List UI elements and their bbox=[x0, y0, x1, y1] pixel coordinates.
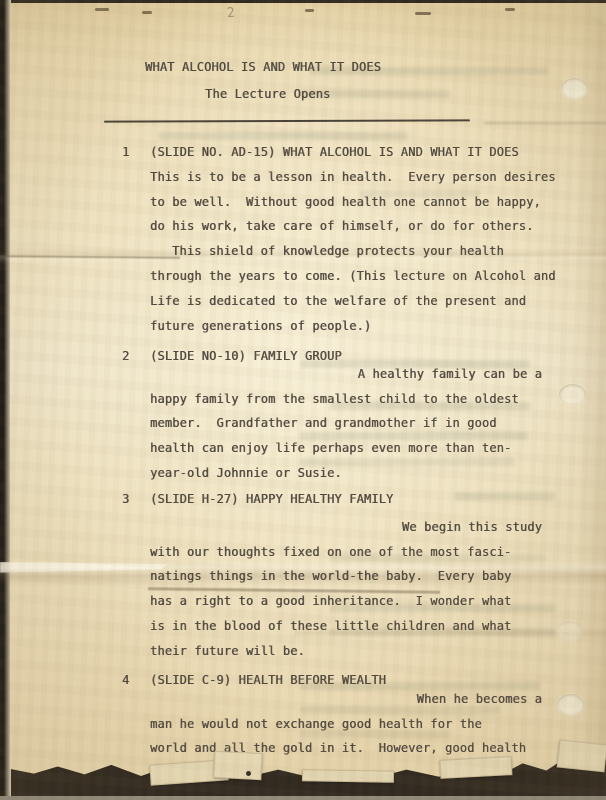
page-number: 2 bbox=[226, 6, 235, 22]
scanner-edge bbox=[0, 0, 11, 800]
scanned-document: 2 WHAT ALCOHOL IS AND WHAT IT DOES The L… bbox=[0, 0, 606, 800]
text-line: health can enjoy life perhaps even more … bbox=[150, 436, 542, 461]
text-line: We begin this study bbox=[150, 515, 542, 540]
text-line: happy family from the smallest child to … bbox=[150, 387, 542, 412]
slide-heading: (SLIDE NO. AD-15) WHAT ALCOHOL IS AND WH… bbox=[150, 140, 542, 165]
text-line: Life is dedicated to the welfare of the … bbox=[150, 289, 542, 314]
slide-heading: (SLIDE H-27) HAPPY HEALTHY FAMILY bbox=[150, 487, 542, 512]
text-line: to be well. Without good health one cann… bbox=[150, 190, 542, 215]
text-line: This shield of knowledge protects your h… bbox=[150, 239, 542, 264]
text-line: A healthy family can be a bbox=[150, 362, 542, 387]
lecture-section-3: 3 (SLIDE H-27) HAPPY HEALTHY FAMILY We b… bbox=[150, 487, 542, 664]
text-line: year-old Johnnie or Susie. bbox=[150, 461, 542, 486]
lecture-section-1: 1 (SLIDE NO. AD-15) WHAT ALCOHOL IS AND … bbox=[150, 140, 542, 338]
scanner-edge-bottom bbox=[0, 796, 606, 800]
lecture-section-2: 2 (SLIDE NO-10) FAMILY GROUP A healthy f… bbox=[150, 344, 542, 486]
section-number: 3 bbox=[122, 487, 129, 512]
text-line: This is to be a lesson in health. Every … bbox=[150, 165, 542, 190]
punch-hole-icon bbox=[561, 78, 588, 99]
text-line: natings things in the world-the baby. Ev… bbox=[150, 564, 542, 589]
section-number: 2 bbox=[122, 344, 129, 369]
text-line: future generations of people.) bbox=[150, 314, 542, 339]
section-number: 1 bbox=[122, 140, 129, 165]
text-line: do his work, take care of himself, or do… bbox=[150, 214, 542, 239]
lecture-section-4: 4 (SLIDE C-9) HEALTH BEFORE WEALTH When … bbox=[150, 668, 542, 761]
text-line: is in the blood of these little children… bbox=[150, 614, 542, 639]
text-line: has a right to a good inheritance. I won… bbox=[150, 589, 542, 614]
punch-hole-icon bbox=[556, 621, 583, 642]
text-line: world and all the gold in it. However, g… bbox=[150, 736, 542, 761]
text-line: member. Grandfather and grandmother if i… bbox=[150, 411, 542, 436]
divider-line-ghost bbox=[484, 122, 606, 124]
text-line: their future will be. bbox=[150, 639, 542, 664]
ink-speck bbox=[246, 771, 251, 776]
page-title: WHAT ALCOHOL IS AND WHAT IT DOES bbox=[145, 55, 381, 80]
text-line: man he would not exchange good health fo… bbox=[150, 712, 542, 737]
text-line: When he becomes a bbox=[150, 687, 542, 712]
text-line: through the years to come. (This lecture… bbox=[150, 264, 542, 289]
document-header: WHAT ALCOHOL IS AND WHAT IT DOES The Lec… bbox=[145, 55, 381, 107]
page-subtitle: The Lecture Opens bbox=[205, 82, 381, 107]
text-line: with our thoughts fixed on one of the mo… bbox=[150, 540, 542, 565]
punch-hole-icon bbox=[559, 384, 586, 405]
punch-hole-icon bbox=[557, 694, 584, 715]
section-number: 4 bbox=[122, 668, 129, 693]
